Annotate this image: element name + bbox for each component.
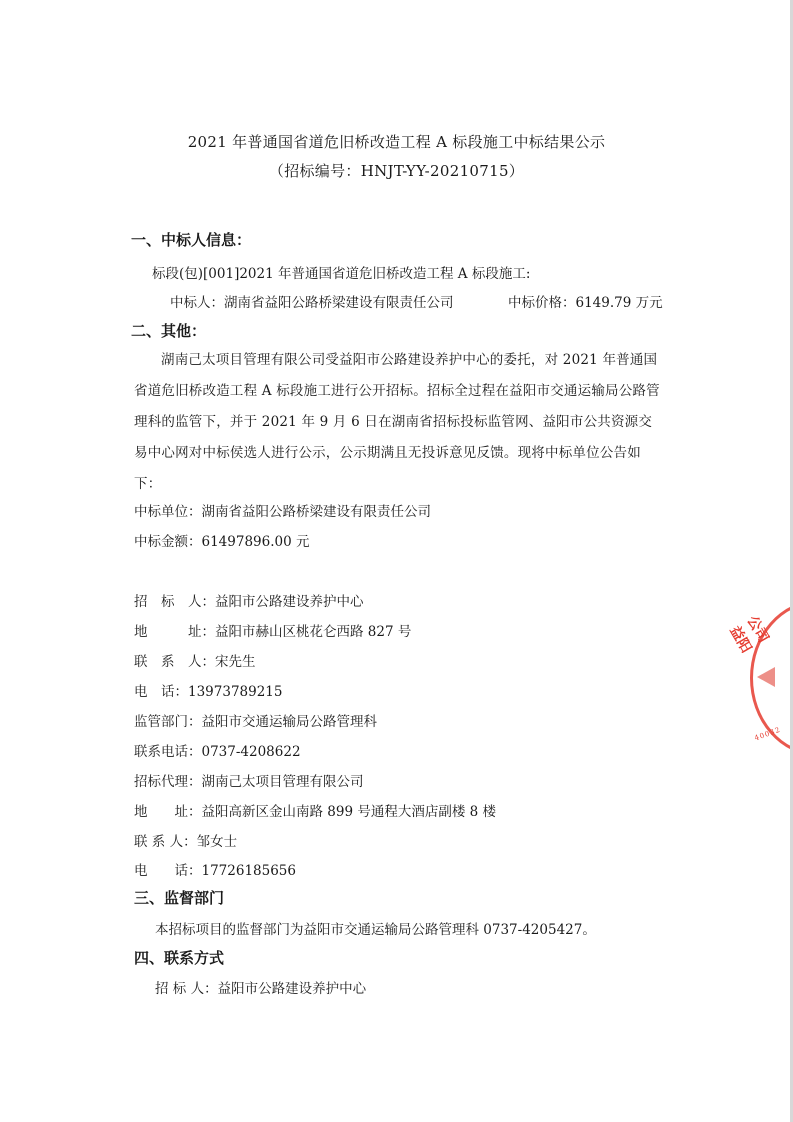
contact-label: 电 话： <box>134 863 202 879</box>
section-4-contact-value: 益阳市公路建设养护中心 <box>218 981 367 997</box>
contact-label: 地 址： <box>134 804 202 820</box>
contact-row: 电 话：13973789215 <box>134 680 282 700</box>
contact-row: 联系电话：0737-4208622 <box>134 740 301 760</box>
contact-label: 招 标 人： <box>134 594 215 610</box>
document-title: 2021 年普通国省道危旧桥改造工程 A 标段施工中标结果公示 <box>0 131 793 152</box>
contact-row: 电 话：17726185656 <box>134 859 296 879</box>
contact-label: 电 话： <box>134 684 188 700</box>
contact-label: 招标代理： <box>134 774 202 790</box>
award-amount-row: 中标金额：61497896.00 元 <box>134 530 309 550</box>
section-3-heading: 三、监督部门 <box>134 887 224 908</box>
contact-value: 17726185656 <box>202 863 296 879</box>
section-4-contact-row: 招 标 人：益阳市公路建设养护中心 <box>155 977 366 997</box>
contact-row: 地 址：益阳市赫山区桃花仑西路 827 号 <box>134 620 411 640</box>
lot-line: 标段(包)[001]2021 年普通国省道危旧桥改造工程 A 标段施工: <box>152 262 530 282</box>
section-3-text: 本招标项目的监督部门为益阳市交通运输局公路管理科 0737-4205427。 <box>155 918 596 938</box>
award-unit-row: 中标单位：湖南省益阳公路桥梁建设有限责任公司 <box>134 500 431 520</box>
price-value: 6149.79 万元 <box>576 295 663 311</box>
price-row: 中标价格：6149.79 万元 <box>508 291 663 311</box>
contact-row: 联 系 人：邹女士 <box>134 830 237 850</box>
award-unit-value: 湖南省益阳公路桥梁建设有限责任公司 <box>202 504 432 520</box>
contact-row: 地 址：益阳高新区金山南路 899 号通程大酒店副楼 8 楼 <box>134 800 496 820</box>
contact-row: 联 系 人：宋先生 <box>134 650 256 670</box>
contact-value: 邹女士 <box>197 834 238 850</box>
section-4-contact-label: 招 标 人： <box>155 981 218 997</box>
contact-row: 监管部门：益阳市交通运输局公路管理科 <box>134 710 377 730</box>
document-subtitle: （招标编号：HNJT-YY-20210715） <box>0 160 793 181</box>
contact-value: 13973789215 <box>188 684 282 700</box>
section-2-heading: 二、其他： <box>131 320 206 341</box>
winner-value: 湖南省益阳公路桥梁建设有限责任公司 <box>224 295 454 311</box>
contact-label: 地 址： <box>134 624 215 640</box>
contact-label: 监管部门： <box>134 714 202 730</box>
contact-value: 宋先生 <box>215 654 256 670</box>
seal-star-icon <box>757 667 775 687</box>
document-page: 2021 年普通国省道危旧桥改造工程 A 标段施工中标结果公示 （招标编号：HN… <box>0 0 793 1122</box>
contact-row: 招标代理：湖南己太项目管理有限公司 <box>134 770 364 790</box>
contact-label: 联 系 人： <box>134 654 215 670</box>
winner-label: 中标人： <box>170 295 224 311</box>
contact-row: 招 标 人：益阳市公路建设养护中心 <box>134 590 364 610</box>
contact-value: 益阳高新区金山南路 899 号通程大酒店副楼 8 楼 <box>202 804 497 820</box>
contact-value: 湖南己太项目管理有限公司 <box>202 774 364 790</box>
award-amount-value: 61497896.00 元 <box>202 534 310 550</box>
contact-value: 益阳市公路建设养护中心 <box>215 594 364 610</box>
price-label: 中标价格： <box>508 295 576 311</box>
section-1-heading: 一、中标人信息： <box>131 229 251 250</box>
section-2-paragraph: 湖南己太项目管理有限公司受益阳市公路建设养护中心的委托，对 2021 年普通国省… <box>134 345 664 500</box>
contact-value: 0737-4208622 <box>202 744 301 760</box>
contact-value: 益阳市交通运输局公路管理科 <box>202 714 378 730</box>
contact-label: 联系电话： <box>134 744 202 760</box>
contact-value: 益阳市赫山区桃花仑西路 827 号 <box>215 624 411 640</box>
winner-row: 中标人：湖南省益阳公路桥梁建设有限责任公司 <box>170 291 454 311</box>
award-amount-label: 中标金额： <box>134 534 202 550</box>
award-unit-label: 中标单位： <box>134 504 202 520</box>
section-4-heading: 四、联系方式 <box>134 947 224 968</box>
contact-label: 联 系 人： <box>134 834 197 850</box>
